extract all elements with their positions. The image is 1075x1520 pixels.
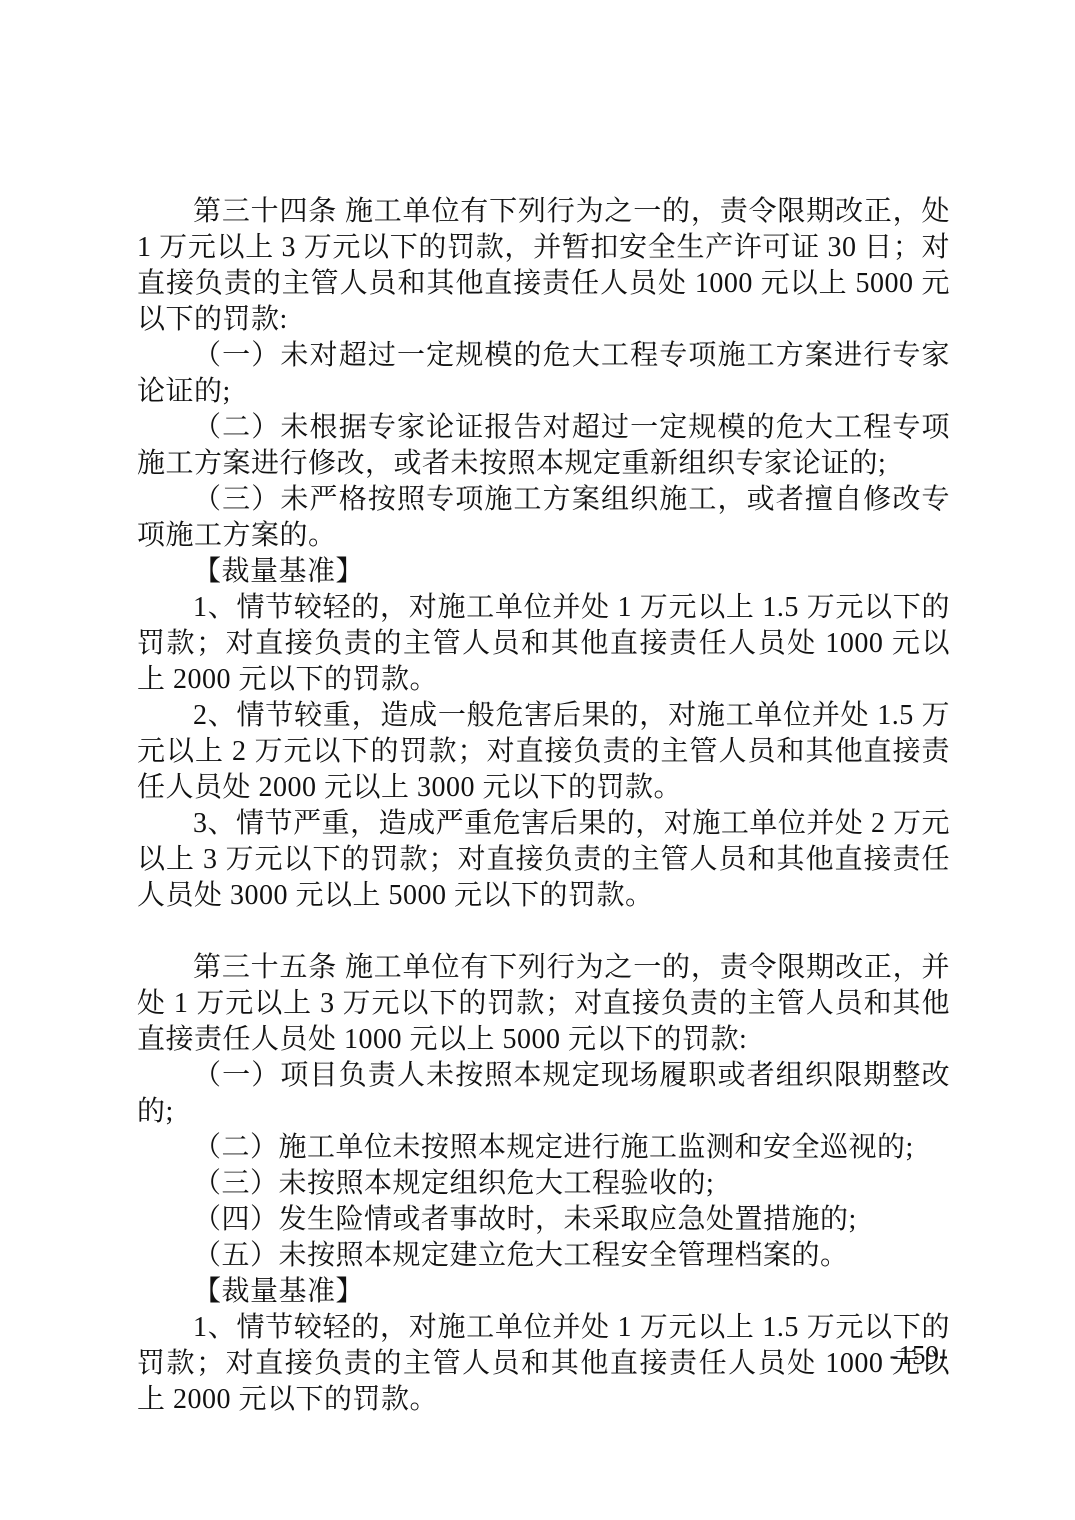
document-page: 第三十四条 施工单位有下列行为之一的，责令限期改正，处 1 万元以上 3 万元以… <box>0 0 1075 1520</box>
article-35-item-4: （四）发生险情或者事故时，未采取应急处置措施的; <box>137 1202 950 1238</box>
document-body: 第三十四条 施工单位有下列行为之一的，责令限期改正，处 1 万元以上 3 万元以… <box>137 194 950 1418</box>
article-35-item-3: （三）未按照本规定组织危大工程验收的; <box>137 1166 950 1202</box>
article-34-intro: 第三十四条 施工单位有下列行为之一的，责令限期改正，处 1 万元以上 3 万元以… <box>137 194 950 338</box>
article-34-basis-item-1: 1、情节较轻的，对施工单位并处 1 万元以上 1.5 万元以下的罚款；对直接负责… <box>137 590 950 698</box>
article-34-basis-item-2: 2、情节较重，造成一般危害后果的，对施工单位并处 1.5 万元以上 2 万元以下… <box>137 698 950 806</box>
article-34-basis-item-3: 3、情节严重，造成严重危害后果的，对施工单位并处 2 万元以上 3 万元以下的罚… <box>137 806 950 914</box>
article-35-intro: 第三十五条 施工单位有下列行为之一的，责令限期改正，并处 1 万元以上 3 万元… <box>137 950 950 1058</box>
page-number: -159- <box>890 1337 948 1373</box>
article-35-basis-header: 【裁量基准】 <box>137 1274 950 1310</box>
article-35-item-5: （五）未按照本规定建立危大工程安全管理档案的。 <box>137 1238 950 1274</box>
article-34-item-2: （二）未根据专家论证报告对超过一定规模的危大工程专项施工方案进行修改，或者未按照… <box>137 410 950 482</box>
article-35-item-2: （二）施工单位未按照本规定进行施工监测和安全巡视的; <box>137 1130 950 1166</box>
article-35-item-1: （一）项目负责人未按照本规定现场履职或者组织限期整改的; <box>137 1058 950 1130</box>
article-34-basis-header: 【裁量基准】 <box>137 554 950 590</box>
article-34-item-3: （三）未严格按照专项施工方案组织施工，或者擅自修改专项施工方案的。 <box>137 482 950 554</box>
article-34-item-1: （一）未对超过一定规模的危大工程专项施工方案进行专家论证的; <box>137 338 950 410</box>
article-35-basis-item-1: 1、情节较轻的，对施工单位并处 1 万元以上 1.5 万元以下的罚款；对直接负责… <box>137 1310 950 1418</box>
